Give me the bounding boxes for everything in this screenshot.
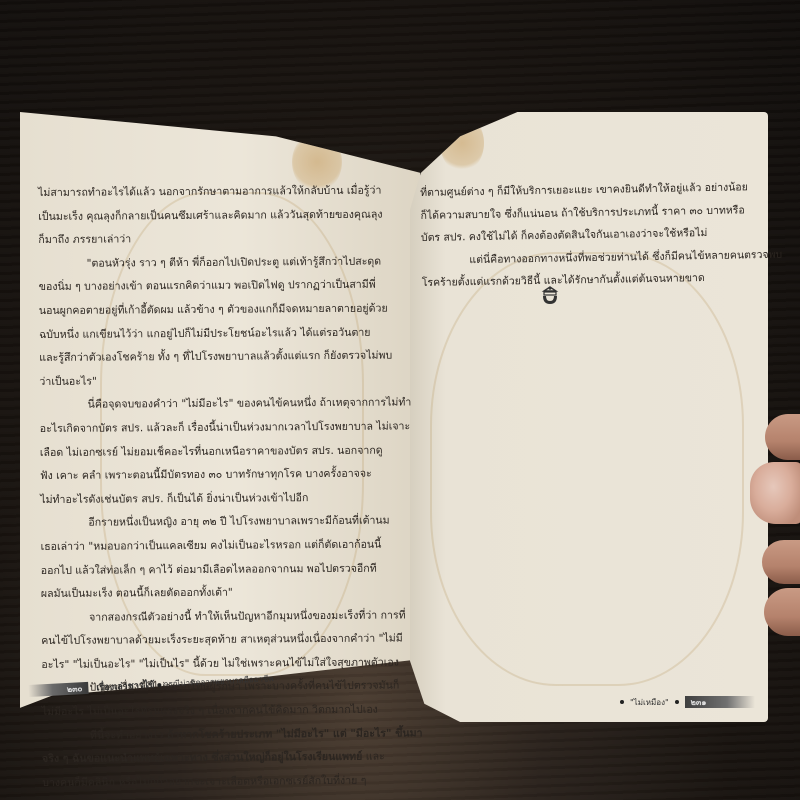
text-line-content: ไม่สามารถทำอะไรได้แล้ว นอกจากรักษาตามอาก…: [38, 185, 381, 199]
emphasized-text: จริง ๆ ฉันขอแนะนำแพทย์เฉพาะทาง ซึ่งส่วนใ…: [42, 751, 362, 765]
text-line-content: ก็มาถึง ภรรยาเล่าว่า: [38, 234, 131, 247]
text-line-content: เลือด ไม่เอกซเรย์ ไม่ยอมเช็คอะไรที่นอกเห…: [40, 444, 383, 458]
text-line: เป็นมะเร็ง คุณลุงก็กลายเป็นคนซึมเศร้าและ…: [38, 203, 408, 229]
bullet-dot: [620, 700, 624, 704]
text-line-content: ของนิ่ม ๆ บางอย่างเข้า ตอนแรกคิดว่าแมว พ…: [39, 279, 376, 293]
text-line: ไม่สามารถทำอะไรได้แล้ว นอกจากรักษาตามอาก…: [38, 179, 408, 205]
emphasized-text: ถ้าหากโชคร้ายประเภท "ไม่มีอะไร" แต่ "มีอ…: [167, 727, 423, 741]
right-running-head: "ไม่เหมือง": [630, 696, 669, 709]
bullet-dot: [157, 683, 161, 687]
text-line: ก็มาถึง ภรรยาเล่าว่า: [38, 227, 408, 253]
left-page-number: ๒๓๐: [28, 682, 89, 697]
text-line-content: จากสองกรณีตัวอย่างนี้ ทำให้เห็นปัญหาอีกม…: [89, 609, 406, 623]
text-line-content: คนไข้ไปโรงพยาบาลด้วยมะเร็งระยะสุดท้าย สา…: [41, 633, 403, 648]
bullet-dot: [675, 700, 679, 704]
nurse-cap-icon: [540, 284, 560, 306]
right-page-body-text: ที่ตามศูนย์ต่าง ๆ ก็มีให้บริการเยอะแยะ เ…: [420, 176, 762, 294]
text-line-content: โรคร้ายตั้งแต่แรกด้วยวิธีนี้ และได้รักษา…: [422, 272, 705, 289]
text-line: คนไข้ไปโรงพยาบาลด้วยมะเร็งระยะสุดท้าย สา…: [41, 628, 411, 654]
text-line: อีกรายหนึ่งเป็นหญิง อายุ ๓๒ ปี ไปโรงพยาบ…: [40, 510, 410, 536]
text-line: จริง ๆ ฉันขอแนะนำแพทย์เฉพาะทาง ซึ่งส่วนใ…: [42, 746, 412, 772]
text-line: ออกไป แล้วใส่ท่อเล็ก ๆ คาไว้ ต่อมามีเลือ…: [41, 557, 411, 583]
text-line-content: เธอเล่าว่า "หมอบอกว่าเป็นแคลเซียม คงไม่เ…: [41, 539, 382, 553]
text-line: ฟัง เคาะ คลำ เพราะตอนนี้มีบัตรทอง ๓๐ บาท…: [40, 463, 410, 489]
text-line-content: บัตร สปร. คงใช้ไม่ได้ ก็คงต้องตัดสินใจกั…: [421, 227, 708, 244]
text-line-content: และรู้สึกว่าตัวเองโชคร้าย ทั้ง ๆ ที่ไปโร…: [39, 350, 392, 364]
water-stain: [430, 252, 744, 686]
text-line: จากสองกรณีตัวอย่างนี้ ทำให้เห็นปัญหาอีกม…: [41, 604, 411, 630]
text-line-content: ไม่มีอะไร ไม่เป็นอะไรที่รุนแรงจริง ๆ เนื…: [42, 704, 378, 718]
text-line-content: นอนผูกคอตายอยู่ที่เก้าอี้ตัดผม แล้วข้าง …: [39, 303, 388, 317]
text-line-content: เป็นมะเร็ง คุณลุงก็กลายเป็นคนซึมเศร้าและ…: [38, 208, 382, 222]
book-title: เรื่องเล่าชาวไข้: [96, 680, 155, 693]
text-line-content: อะไรเกิดจากบัตร สปร. แล้วละก็ เรื่องนี้น…: [40, 420, 411, 435]
text-line-tail: และ: [362, 751, 384, 763]
text-line-content: ไม่ทำอะไรดังเช่นบัตร สปร. ก็เป็นได้ ยิ่ง…: [40, 492, 308, 506]
text-line: นอนผูกคอตายอยู่ที่เก้าอี้ตัดผม แล้วข้าง …: [39, 297, 409, 323]
text-line-content: แต่นี่คือทางออกทางหนึ่งที่พอช่วยท่านได้ …: [469, 248, 782, 265]
text-line-content: ฉบับหนึ่ง แกเขียนไว้ว่า แกอยู่ไปก็ไม่มีป…: [39, 326, 371, 340]
text-line: นี่คือจุดจบของคำว่า "ไม่มีอะไร" ของคนไข้…: [39, 392, 409, 418]
text-line-content: ก็ได้ความสบายใจ ซึ่งก็แน่นอน ถ้าใช้บริกา…: [420, 204, 744, 222]
text-line: ไม่มีอะไร ไม่เป็นอะไรที่รุนแรงจริง ๆ เนื…: [42, 698, 412, 724]
book-subtitle: กรณีน่าคิดจากพยาบาลมืออาชีพ: [163, 674, 273, 689]
text-line: ของนิ่ม ๆ บางอย่างเข้า ตอนแรกคิดว่าแมว พ…: [39, 274, 409, 300]
text-line: อะไรเกิดจากบัตร สปร. แล้วละก็ เรื่องนี้น…: [40, 415, 410, 441]
text-line: ทีนี้จะทำอย่างไร ถ้าหากโชคร้ายประเภท "ไม…: [42, 722, 412, 748]
text-line-content: ทีนี้จะทำอย่างไร: [90, 729, 167, 742]
text-line-content: ที่ตามศูนย์ต่าง ๆ ก็มีให้บริการเยอะแยะ เ…: [420, 181, 748, 199]
text-line: บางคนก็มีคลินิก หรือไม่ก็ถ้าอยากจะเจาะเล…: [42, 769, 412, 795]
text-line-content: ฟัง เคาะ คลำ เพราะตอนนี้มีบัตรทอง ๓๐ บาท…: [40, 468, 372, 482]
text-line-content: ว่าเป็นอะไร": [39, 375, 97, 387]
finger: [762, 540, 800, 584]
thumb: [750, 462, 800, 524]
right-page-number: ๒๓๑: [685, 696, 755, 708]
text-line: ผลมันเป็นมะเร็ง ตอนนี้ก็เลยตัดออกทั้งเต้…: [41, 581, 411, 607]
text-line: "ตอนหัวรุ่ง ราว ๆ ตีห้า พี่ก็ออกไปเปิดปร…: [38, 250, 408, 276]
text-line: ไม่ทำอะไรดังเช่นบัตร สปร. ก็เป็นได้ ยิ่ง…: [40, 486, 410, 512]
text-line: ว่าเป็นอะไร": [39, 368, 409, 394]
text-line-content: "ตอนหัวรุ่ง ราว ๆ ตีห้า พี่ก็ออกไปเปิดปร…: [87, 255, 382, 269]
text-line-content: อีกรายหนึ่งเป็นหญิง อายุ ๓๒ ปี ไปโรงพยาบ…: [88, 515, 389, 529]
left-page-body-text: ไม่สามารถทำอะไรได้แล้ว นอกจากรักษาตามอาก…: [38, 179, 412, 795]
text-line: เลือด ไม่เอกซเรย์ ไม่ยอมเช็คอะไรที่นอกเห…: [40, 439, 410, 465]
text-line-content: บางคนก็มีคลินิก หรือไม่ก็ถ้าอยากจะเจาะเล…: [42, 775, 366, 789]
text-line: ฉบับหนึ่ง แกเขียนไว้ว่า แกอยู่ไปก็ไม่มีป…: [39, 321, 409, 347]
text-line-content: ออกไป แล้วใส่ท่อเล็ก ๆ คาไว้ ต่อมามีเลือ…: [41, 562, 377, 576]
text-line: และรู้สึกว่าตัวเองโชคร้าย ทั้ง ๆ ที่ไปโร…: [39, 345, 409, 371]
text-line-content: ผลมันเป็นมะเร็ง ตอนนี้ก็เลยตัดออกทั้งเต้…: [41, 587, 233, 600]
text-line-content: นี่คือจุดจบของคำว่า "ไม่มีอะไร" ของคนไข้…: [88, 397, 412, 411]
text-line: เธอเล่าว่า "หมอบอกว่าเป็นแคลเซียม คงไม่เ…: [40, 533, 410, 559]
right-page-footer: "ไม่เหมือง" ๒๓๑: [620, 695, 755, 709]
